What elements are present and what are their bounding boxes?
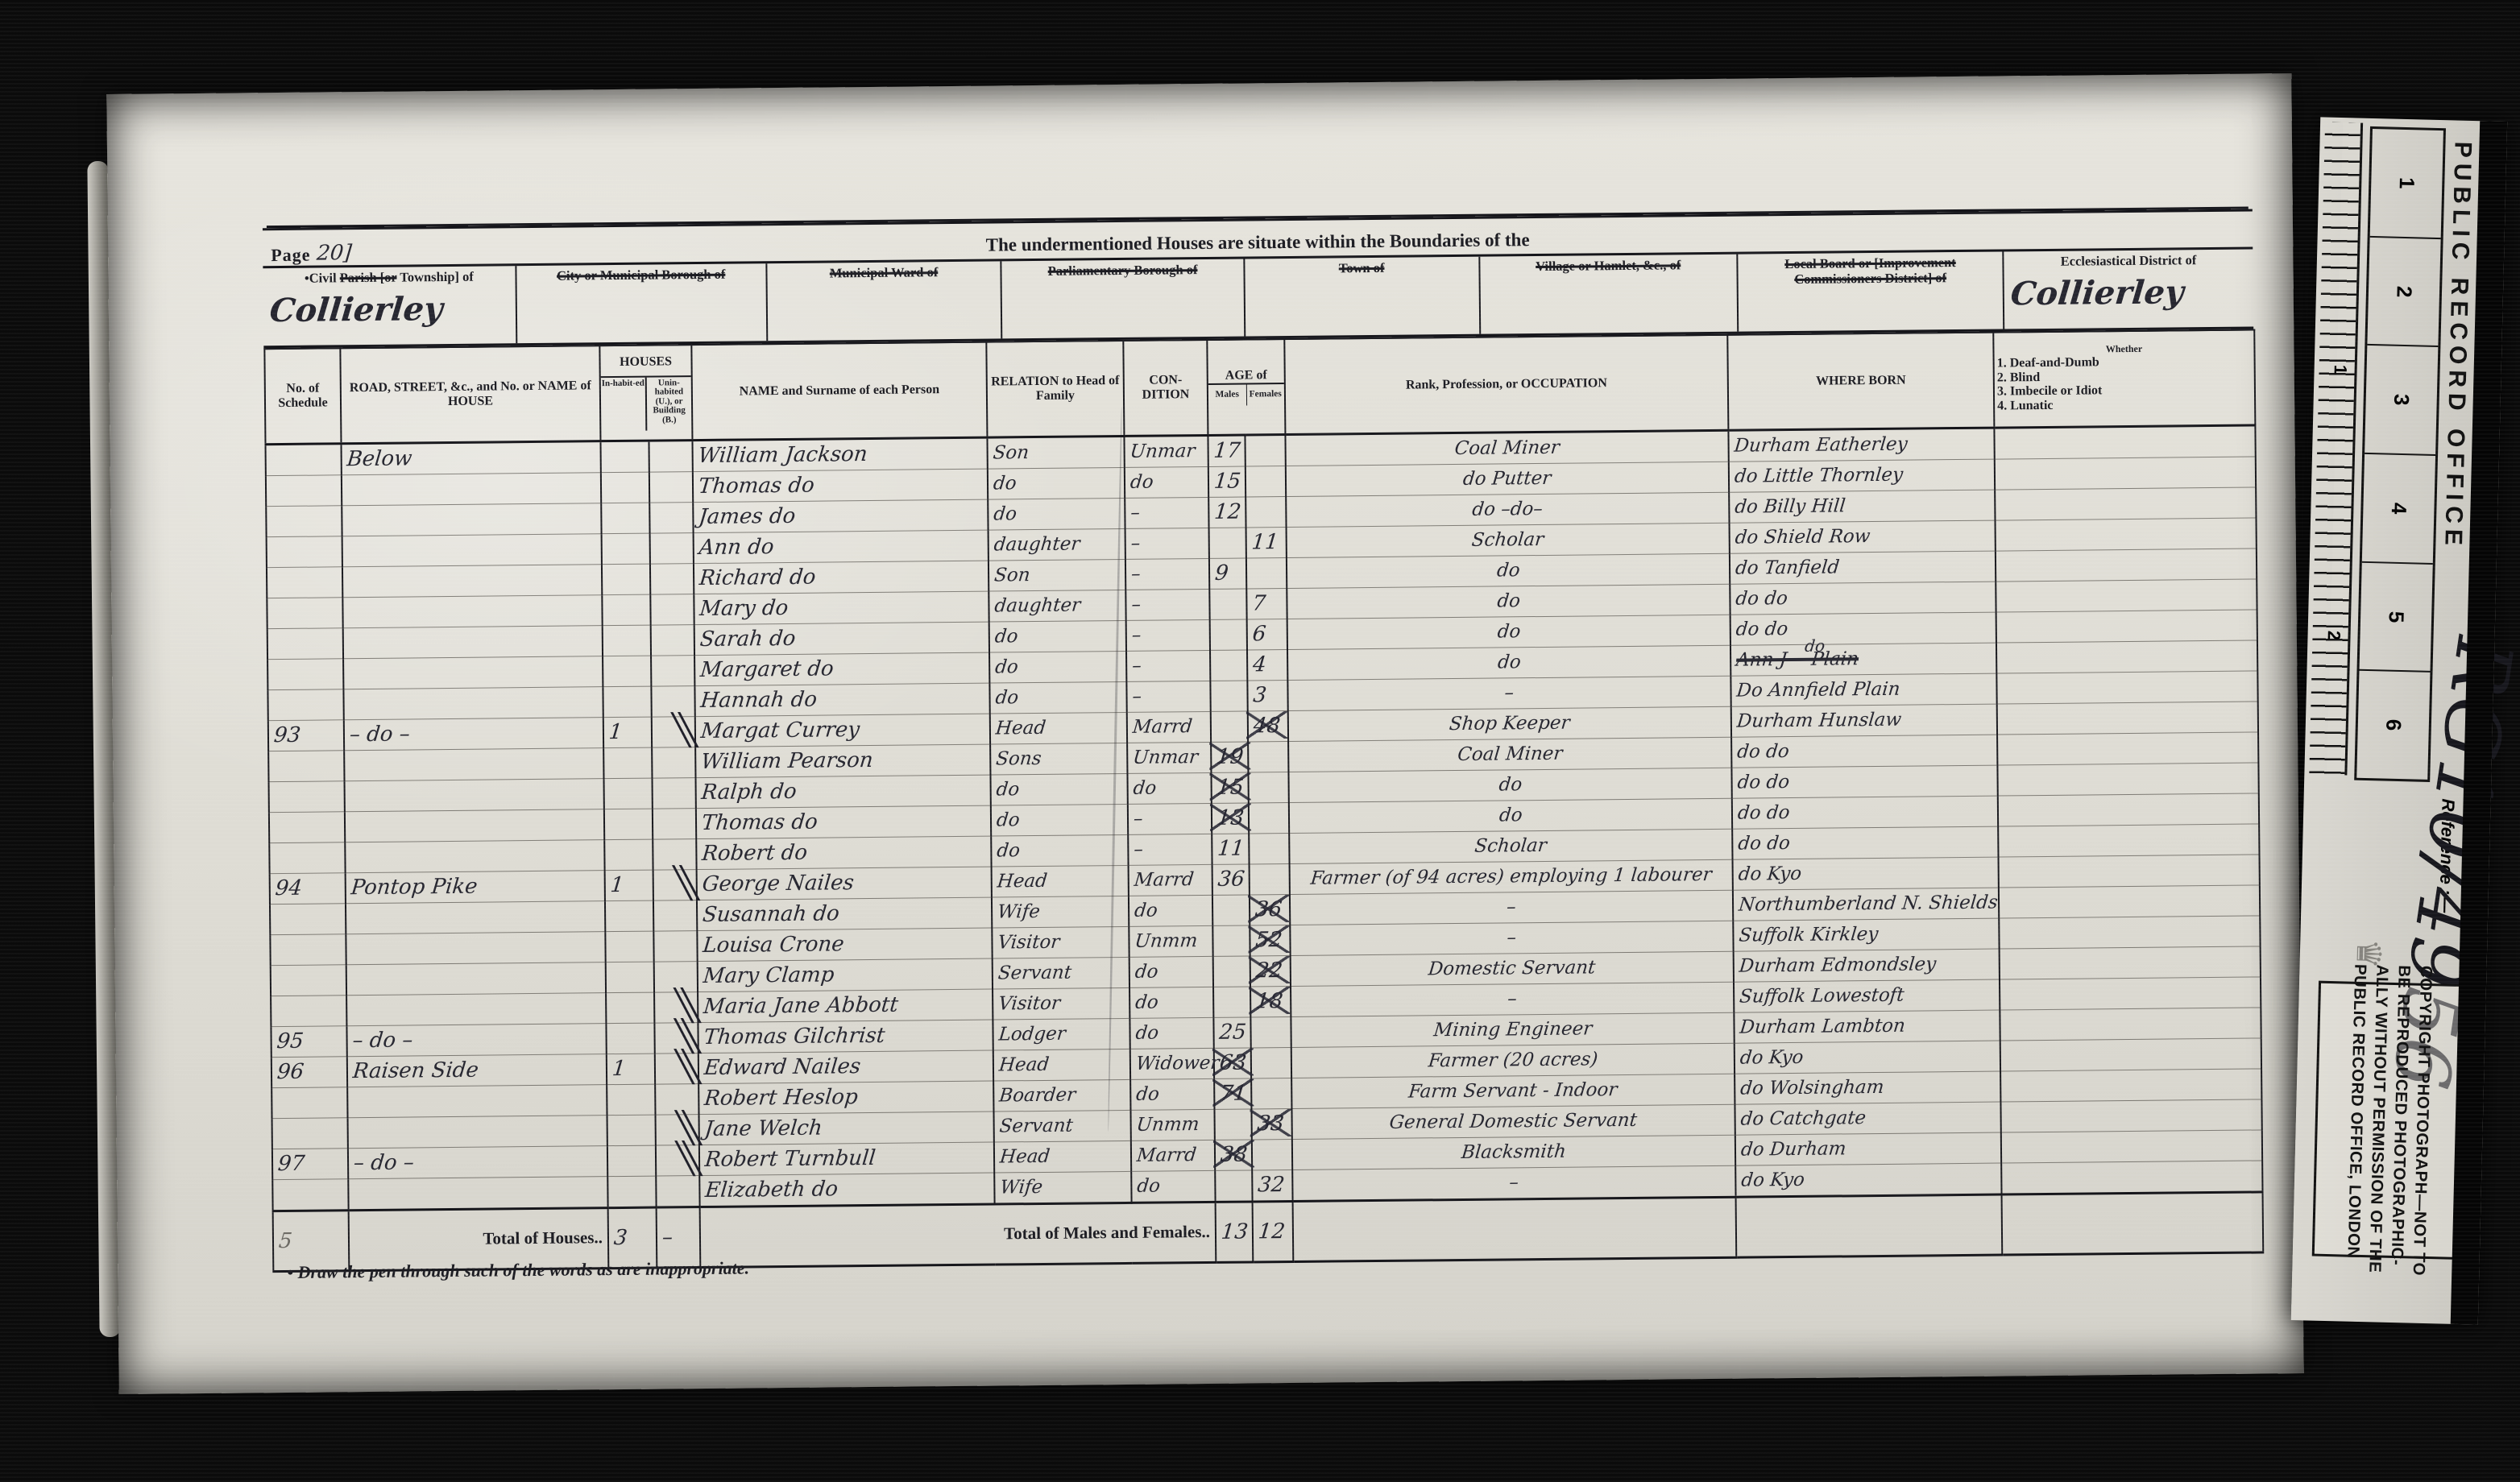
pro-reference-card: 1 2 123456 PUBLIC RECORD OFFICE Referenc… [2291, 117, 2507, 1324]
condition-cell: – [1125, 589, 1209, 620]
relation-cell: Head [990, 712, 1127, 744]
microfilm-photo: Page 20] The undermentioned Houses are s… [0, 0, 2520, 1482]
condition-cell: Widower [1130, 1048, 1214, 1079]
road-cell [345, 839, 604, 872]
road-cell [346, 962, 606, 995]
col-relation: RELATION to Head of Family [986, 341, 1124, 437]
condition-cell: – [1125, 497, 1208, 528]
uninhabited-cell [650, 594, 694, 625]
relation-cell: do [988, 467, 1125, 499]
age-females-cell: 32 [1252, 1169, 1292, 1201]
infirmity-cell [2000, 1007, 2261, 1040]
born-cell: Suffolk Lowestoft [1734, 979, 2000, 1012]
uninhabited-cell [649, 471, 693, 503]
occupation-cell: do [1288, 768, 1731, 802]
col-age-title: AGE of [1208, 368, 1284, 383]
infirmity-cell [2000, 1037, 2261, 1070]
relation-cell: do [989, 651, 1126, 683]
infirmity-cell [1996, 670, 2257, 703]
schedule-cell: 95 [271, 1025, 346, 1057]
road-cell: Below [341, 441, 600, 474]
born-cell: do Billy Hill [1729, 490, 1995, 523]
age-males-cell [1213, 955, 1250, 986]
occupation-cell: do [1287, 584, 1730, 619]
uninhabited-cell [656, 1175, 699, 1207]
relation-cell: do [990, 773, 1127, 805]
born-cell: do do [1732, 796, 1998, 829]
infirmity-cell [1998, 823, 2259, 856]
inhabited-cell [603, 747, 652, 779]
form-footnote: • Draw the pen through such of the words… [287, 1257, 749, 1283]
schedule-cell [269, 780, 345, 812]
age-females-cell [1251, 1078, 1291, 1108]
exposure-scale-box: 3 [2365, 346, 2438, 456]
uninhabited-cell [650, 563, 694, 594]
column-header-row: No. of Schedule ROAD, STREET, &c., and N… [264, 329, 2255, 444]
road-cell [345, 809, 604, 842]
district-cell: Town of [1245, 257, 1481, 337]
name-cell: Robert Turnbull╲╲ [699, 1142, 994, 1176]
infirmity-cell [1997, 701, 2258, 734]
schedule-cell [266, 474, 342, 506]
occupation-cell: – [1291, 982, 1734, 1016]
enumerator-tick-mark: ╲╲ [672, 712, 686, 747]
schedule-cell: 97 [272, 1148, 348, 1179]
infirmity-cell [1996, 578, 2257, 611]
condition-cell: – [1126, 650, 1210, 681]
exposure-scale-box: 5 [2359, 562, 2432, 673]
relation-cell: Visitor [992, 926, 1129, 958]
age-males-cell: 15 [1211, 772, 1248, 802]
schedule-cell: 94 [270, 872, 346, 904]
col-inhabited: In-habit-ed [601, 377, 648, 431]
age-females-cell [1250, 863, 1290, 894]
inhabited-cell [607, 1176, 656, 1208]
name-cell: Thomas Gilchrist╲╲ [698, 1020, 993, 1054]
totals-spacer-occ [1293, 1197, 1737, 1261]
road-cell [342, 503, 601, 536]
age-females-cell [1245, 466, 1286, 496]
inhabited-cell [607, 1115, 656, 1146]
inhabited-cell [604, 809, 653, 840]
age-females-cell [1252, 1139, 1292, 1169]
infirmity-cell [2000, 1068, 2261, 1101]
occupation-cell: – [1290, 921, 1733, 955]
age-females-cell [1246, 557, 1287, 588]
road-cell [342, 594, 602, 627]
schedule-cell: 96 [271, 1056, 347, 1087]
name-cell: Robert Heslop [698, 1081, 993, 1115]
name-cell: Jane Welch╲╲ [699, 1111, 994, 1145]
age-males-cell [1212, 894, 1250, 925]
age-males-cell [1215, 1169, 1252, 1201]
born-cell: Durham Edmondsley [1734, 949, 2000, 982]
inhabited-cell [601, 472, 649, 503]
relation-cell: Head [993, 1049, 1130, 1081]
road-cell [343, 656, 603, 689]
totals-mf-label: Total of Males and Females.. [700, 1202, 1216, 1267]
condition-cell: do [1127, 772, 1211, 804]
condition-cell: do [1125, 466, 1208, 498]
inhabited-cell [603, 778, 652, 809]
age-females-cell [1249, 833, 1289, 863]
name-cell: Ralph do [696, 775, 991, 809]
inhabited-cell: 1 [605, 870, 653, 901]
born-cell: do do [1732, 826, 1998, 859]
age-females-cell [1249, 802, 1289, 833]
occupation-cell: – [1292, 1165, 1735, 1201]
name-cell: Elizabeth do [699, 1173, 994, 1207]
condition-cell: do [1129, 956, 1213, 987]
relation-cell: Son [989, 559, 1125, 591]
schedule-cell [267, 658, 343, 689]
road-cell: Pontop Pike [346, 870, 605, 903]
name-cell: George Nailes╲╲ [697, 867, 992, 900]
schedule-cell [268, 750, 344, 781]
infirmity-cell [1997, 731, 2258, 764]
name-cell: Margaret do [694, 652, 989, 686]
district-handwritten-value: Collierley [2009, 274, 2186, 313]
born-cell: Suffolk Kirkley [1733, 918, 1999, 951]
infirmity-cell [1996, 548, 2257, 581]
uninhabited-cell [650, 532, 694, 564]
copyright-notice-box: COPYRIGHT PHOTOGRAPH—NOT TO BE REPRODUCE… [2312, 981, 2467, 1260]
born-cell: Durham Eatherley [1728, 428, 1994, 462]
occupation-cell: Shop Keeper [1288, 706, 1731, 741]
uninhabited-cell [651, 624, 694, 656]
road-cell [347, 1084, 607, 1117]
uninhabited-cell [652, 747, 695, 778]
condition-cell: Marrd [1129, 864, 1212, 896]
born-cell: do do [1731, 735, 1997, 768]
age-males-cell [1213, 986, 1250, 1016]
name-cell: Richard do [694, 561, 989, 594]
infirmity-cell [1996, 640, 2257, 673]
occupation-cell: do [1287, 553, 1730, 588]
occupation-cell: Mining Engineer [1291, 1012, 1734, 1047]
condition-cell: – [1126, 619, 1210, 651]
condition-cell: Unmm [1130, 1109, 1214, 1140]
district-cell: •Civil Parish [or Township] ofCollierley [263, 266, 517, 346]
relation-cell: Wife [994, 1171, 1131, 1204]
infirmity-cell [1995, 486, 2256, 520]
infirmity-cell [1998, 793, 2259, 826]
age-males-cell: 12 [1208, 497, 1245, 528]
name-cell: Margat Currey╲╲ [695, 714, 990, 747]
age-females-cell [1248, 772, 1288, 802]
totals-spacer-inf [2002, 1191, 2264, 1254]
name-cell: Ann do [694, 530, 989, 564]
totals-males: 13 [1216, 1201, 1254, 1261]
age-males-cell [1210, 649, 1247, 680]
age-males-cell: 71 [1214, 1078, 1251, 1108]
col-name: NAME and Surname of each Person [691, 342, 987, 441]
born-cell: do Shield Row [1730, 520, 1996, 553]
relation-cell: Lodger [993, 1018, 1129, 1050]
inhabited-cell: 1 [607, 1054, 655, 1085]
schedule-cell: 93 [268, 719, 344, 751]
infirmity-cell [1999, 884, 2260, 917]
census-table: No. of Schedule ROAD, STREET, &c., and N… [263, 329, 2264, 1272]
born-cell: Durham Hunslaw [1731, 704, 1997, 737]
condition-cell: do [1129, 987, 1213, 1018]
col-schedule: No. of Schedule [264, 348, 341, 444]
occupation-cell: Scholar [1289, 829, 1732, 863]
name-cell: Louisa Crone [697, 928, 992, 962]
inhabited-cell [603, 625, 651, 656]
exposure-scale-box: 1 [2370, 129, 2443, 239]
born-cell: do Wolsingham [1735, 1071, 2000, 1104]
schedule-cell [267, 566, 342, 598]
name-cell: Sarah do [694, 622, 989, 656]
uninhabited-cell [649, 502, 693, 533]
age-males-cell [1212, 925, 1250, 955]
exposure-scale-boxes: 123456 [2354, 126, 2446, 782]
inhabited-cell [600, 441, 649, 473]
uninhabited-cell [649, 440, 692, 472]
schedule-cell [267, 536, 342, 567]
schedule-cell [270, 933, 346, 965]
schedule-cell [267, 627, 343, 659]
age-females-cell: 7 [1246, 588, 1287, 619]
road-cell: – do – [348, 1145, 607, 1178]
age-females-cell [1250, 1016, 1291, 1047]
born-cell: do Kyo [1733, 857, 1999, 890]
road-cell: – do – [346, 1023, 606, 1056]
district-cell: Local Board or [Improvement Commissioner… [1738, 251, 2004, 331]
occupation-cell: do –do– [1286, 492, 1729, 527]
age-females-cell: 6 [1247, 619, 1287, 649]
census-rows: Below William Jackson Son Unmar 17 Coal … [265, 424, 2262, 1211]
condition-cell: – [1125, 558, 1209, 590]
infirmity-cell [1994, 424, 2255, 458]
uninhabited-cell [653, 900, 697, 931]
occupation-cell: do Putter [1286, 462, 1729, 496]
schedule-cell [270, 903, 346, 934]
inhabited-cell [607, 1084, 655, 1116]
age-females-cell: 48 [1248, 710, 1288, 741]
inhabited-cell [601, 503, 649, 534]
road-cell [343, 625, 603, 658]
born-cell: do Durham [1735, 1132, 2001, 1165]
occupation-cell: do [1289, 798, 1732, 833]
road-cell [342, 533, 602, 566]
relation-cell: daughter [989, 590, 1125, 622]
age-males-cell: 15 [1208, 466, 1245, 497]
relation-cell: Servant [993, 957, 1129, 989]
road-cell [346, 900, 605, 933]
name-cell: Robert do [696, 836, 991, 870]
enumerator-tick-mark: ╲╲ [675, 1049, 690, 1084]
age-females-cell: 52 [1250, 925, 1290, 955]
condition-cell: do [1130, 1078, 1214, 1110]
schedule-cell [271, 1087, 347, 1118]
age-males-cell: 9 [1209, 558, 1246, 589]
road-cell [345, 778, 604, 811]
age-males-cell: 17 [1208, 435, 1245, 466]
occupation-cell: do [1287, 645, 1730, 680]
infirmity-cell [2000, 976, 2261, 1009]
col-age: AGE of Males Females [1207, 339, 1285, 435]
born-cell: do Tanfield [1730, 551, 1996, 584]
infirmity-cell [2001, 1129, 2262, 1162]
occupation-cell: Domestic Servant [1291, 951, 1734, 986]
district-cell: City or Municipal Borough of [516, 263, 768, 343]
relation-cell: Head [994, 1140, 1131, 1173]
inhabited-cell [606, 1023, 654, 1054]
uninhabited-cell [653, 930, 697, 962]
name-cell: Maria Jane Abbott╲╲ [698, 989, 993, 1023]
uninhabited-cell [652, 777, 695, 809]
born-cell: do Catchgate [1735, 1102, 2000, 1135]
copyright-notice-text: COPYRIGHT PHOTOGRAPH—NOT TO BE REPRODUCE… [2342, 964, 2437, 1277]
road-cell [346, 931, 605, 964]
col-occupation: Rank, Profession, or OCCUPATION [1284, 335, 1728, 434]
occupation-cell: General Domestic Servant [1291, 1104, 1735, 1139]
born-cell: do Little Thornley [1729, 459, 1995, 492]
relation-cell: Son [987, 436, 1124, 469]
infirmity-cell [1995, 456, 2256, 489]
col-females: Females [1246, 384, 1284, 405]
district-cell: Village or Hamlet, &c., of [1480, 255, 1739, 334]
occupation-cell: Coal Miner [1288, 737, 1731, 772]
ruler-number-1: 1 [2330, 365, 2351, 375]
ruler-number-2: 2 [2323, 631, 2344, 641]
age-females-cell: 18 [1250, 986, 1291, 1016]
condition-cell: Marrd [1127, 711, 1211, 743]
condition-cell: Marrd [1131, 1140, 1215, 1171]
occupation-cell: – [1287, 676, 1730, 710]
born-cell: do do [1730, 582, 1996, 615]
infirmity-cell [1997, 762, 2258, 795]
col-born: WHERE BORN [1727, 333, 1994, 430]
enumerator-tick-mark: ╲╲ [676, 1140, 690, 1176]
col-condition: CON-DITION [1123, 340, 1208, 436]
born-cell: do do [1730, 612, 1996, 645]
totals-females: 12 [1253, 1201, 1294, 1261]
age-females-cell: 3 [1247, 680, 1287, 710]
name-cell: Susannah do [697, 897, 992, 931]
condition-cell: – [1128, 803, 1212, 834]
census-form: Page 20] The undermentioned Houses are s… [263, 209, 2262, 1272]
relation-cell: Head [992, 865, 1129, 897]
exposure-scale-box: 4 [2362, 454, 2435, 565]
occupation-cell: Farm Servant - Indoor [1291, 1074, 1735, 1108]
age-females-cell: 36 [1250, 894, 1290, 925]
condition-cell: do [1129, 895, 1212, 926]
relation-cell: do [991, 804, 1128, 836]
age-males-cell [1214, 1108, 1251, 1139]
condition-cell: – [1125, 528, 1209, 559]
inhabited-cell [607, 1145, 656, 1177]
born-cell: Do Annfield Plain [1730, 673, 1996, 706]
relation-cell: Servant [994, 1110, 1131, 1142]
name-cell: Hannah do [694, 683, 989, 717]
infirmity-cell [1999, 915, 2260, 948]
name-cell: Mary do [694, 591, 989, 625]
schedule-cell [267, 689, 343, 720]
age-females-cell: 11 [1246, 527, 1287, 557]
infirmity-cell [2000, 1099, 2261, 1132]
road-cell [348, 1115, 607, 1148]
name-cell: William Jackson [692, 437, 987, 472]
age-males-cell: 38 [1215, 1139, 1252, 1169]
uninhabited-cell [651, 655, 694, 686]
born-cell: Durham Lambton [1734, 1010, 2000, 1043]
relation-cell: do [991, 834, 1128, 867]
age-females-cell [1245, 434, 1285, 466]
age-females-cell [1245, 496, 1286, 527]
born-cell: Northumberland N. Shields [1733, 888, 1999, 921]
relation-cell: do [988, 498, 1125, 530]
inhabited-cell [604, 839, 653, 871]
totals-spacer-born [1736, 1194, 2003, 1257]
exposure-scale-box: 6 [2356, 671, 2430, 780]
age-males-cell: 19 [1211, 741, 1248, 772]
road-cell: Raisen Side [347, 1054, 607, 1087]
inhabited-cell [602, 533, 650, 565]
schedule-cell [272, 1178, 348, 1211]
col-uninhabited: Unin-habited (U.), or Building (B.) [647, 377, 692, 431]
road-cell [348, 1176, 607, 1210]
district-cell: Ecclesiastical District ofCollierley [2004, 249, 2253, 329]
born-cell: doAnn J— Plain [1730, 643, 1996, 676]
occupation-cell: Scholar [1287, 523, 1730, 557]
condition-cell: – [1128, 834, 1212, 865]
age-females-cell: 4 [1247, 649, 1287, 680]
road-cell [342, 564, 602, 597]
born-cell: do Kyo [1735, 1041, 2000, 1074]
infirmity-cell [1996, 609, 2257, 642]
relation-cell: Boarder [993, 1079, 1130, 1111]
inhabited-cell: 1 [603, 717, 652, 748]
uninhabited-cell [653, 808, 696, 839]
col-houses-title: HOUSES [600, 354, 690, 376]
road-cell [346, 992, 606, 1025]
infirmity-cell [2001, 1160, 2262, 1194]
district-cell: Municipal Ward of [767, 261, 1003, 341]
condition-cell: do [1129, 1017, 1213, 1049]
age-males-cell [1209, 588, 1246, 619]
relation-cell: Visitor [993, 987, 1129, 1020]
schedule-cell [272, 1117, 348, 1149]
schedule-cell [266, 505, 342, 536]
condition-cell: Unmar [1127, 742, 1211, 773]
schedule-cell [271, 995, 346, 1026]
occupation-cell: – [1290, 890, 1733, 925]
enumerator-tick-mark: ╲╲ [674, 865, 688, 900]
age-males-cell: 63 [1214, 1047, 1251, 1078]
age-females-cell [1251, 1047, 1291, 1078]
inhabited-cell [602, 594, 650, 626]
infirmity-cell [1996, 517, 2257, 550]
born-cell: do Kyo [1735, 1163, 2001, 1197]
inhabited-cell [603, 686, 651, 718]
road-cell: – do – [344, 717, 603, 750]
age-females-cell: 33 [1251, 1108, 1291, 1139]
relation-cell: do [989, 681, 1126, 714]
name-cell: Thomas do [693, 469, 988, 503]
relation-cell: do [989, 620, 1126, 652]
age-males-cell [1209, 528, 1246, 558]
occupation-cell: Farmer (of 94 acres) employing 1 laboure… [1290, 859, 1733, 894]
district-cell: Parliamentary Borough of [1002, 259, 1245, 339]
condition-cell: do [1131, 1170, 1215, 1203]
inhabited-cell [605, 900, 653, 932]
condition-cell: Unmar [1124, 435, 1208, 467]
schedule-cell [267, 597, 342, 628]
occupation-cell: Farmer (20 acres) [1291, 1043, 1735, 1078]
